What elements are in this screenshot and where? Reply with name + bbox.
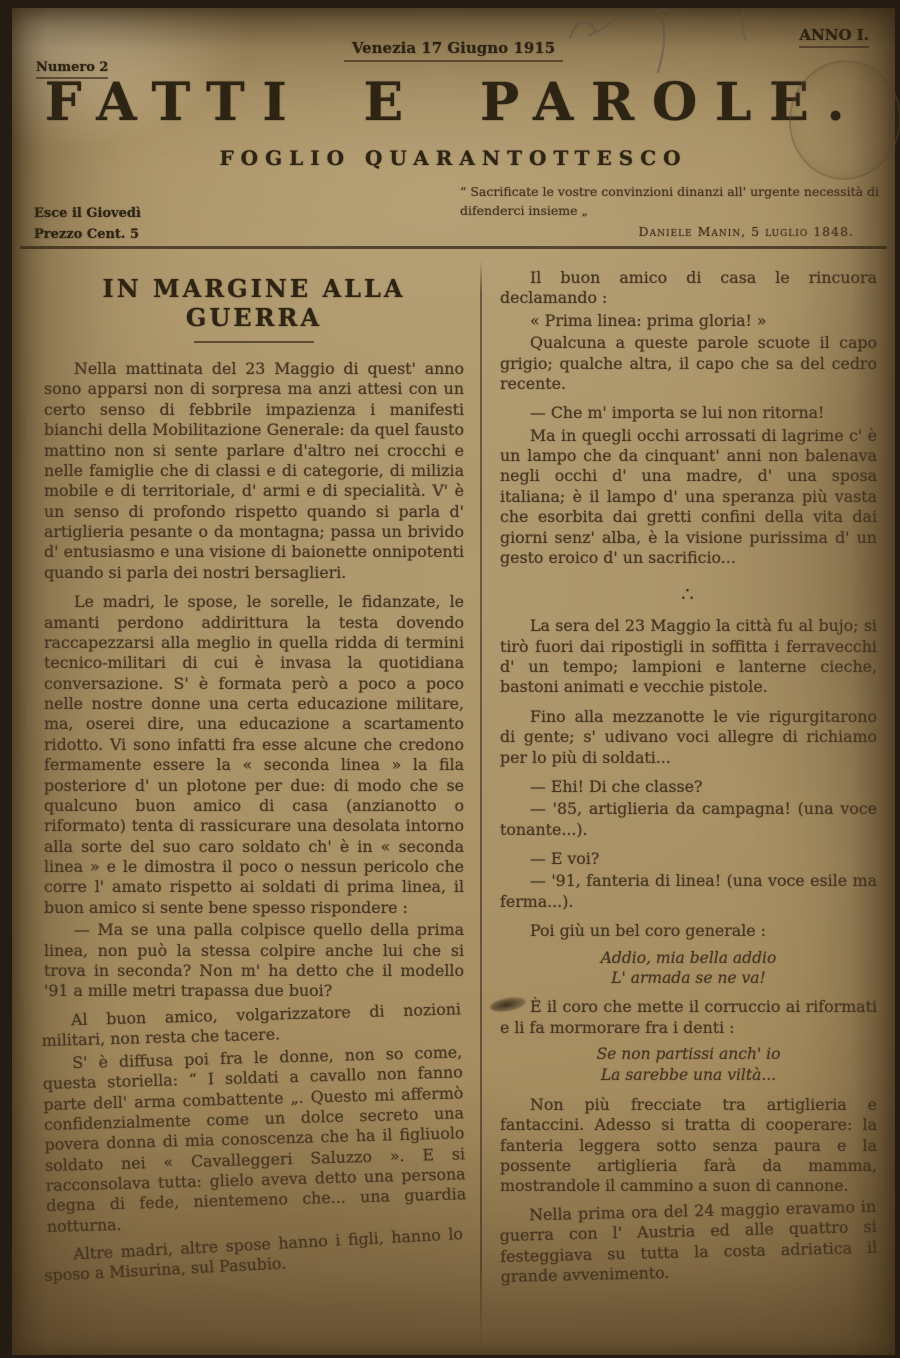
paragraph: Il buon amico di casa le rincuora declam… — [500, 268, 877, 309]
asterism-ornament: ∴ — [500, 582, 877, 606]
verse-line: Addio, mia bella addio — [500, 948, 877, 969]
paragraph-dialogue: — Ehi! Di che classe? — [500, 777, 877, 797]
paragraph: Nella mattinata del 23 Maggio di quest' … — [44, 359, 464, 583]
newspaper-page: Numero 2 Venezia 17 Giugno 1915 ANNO I. … — [12, 8, 895, 1355]
left-column: IN MARGINE ALLA GUERRA Nella mattinata d… — [30, 254, 480, 1351]
paragraph: Fino alla mezzanotte le vie rigurgitaron… — [500, 707, 877, 768]
tilted-block: Al buon amico, volgarizzatore di nozioni… — [41, 999, 467, 1237]
heading-rule — [194, 341, 314, 343]
paragraph-dialogue: — '91, fanteria di linea! (una voce esil… — [500, 871, 877, 912]
masthead-title: FATTI E PAROLE. — [12, 72, 895, 133]
epigraph: “ Sacrificate le vostre convinzioni dina… — [460, 182, 888, 241]
schedule-line: Esce il Giovedì — [34, 204, 141, 225]
article-heading: IN MARGINE ALLA GUERRA — [44, 274, 464, 332]
header-rule — [20, 246, 887, 249]
dateline: Venezia 17 Giugno 1915 — [344, 39, 563, 62]
verse-line: Se non partissi anch' io — [500, 1044, 877, 1065]
right-column: Il buon amico di casa le rincuora declam… — [482, 254, 889, 1351]
year-label: ANNO I. — [799, 26, 869, 48]
paragraph: S' è diffusa poi fra le donne, non so co… — [42, 1042, 467, 1237]
paragraph: Poi giù un bel coro generale : — [500, 921, 877, 941]
dateline-wrap: Venezia 17 Giugno 1915 — [12, 38, 895, 62]
song-verse: Se non partissi anch' io La sarebbe una … — [500, 1044, 877, 1086]
paragraph: Non più frecciate tra artiglieria e fant… — [500, 1095, 877, 1197]
paragraph-dialogue: — '85, artiglieria da campagna! (una voc… — [500, 799, 877, 840]
paragraph-dialogue: — E voi? — [500, 849, 877, 869]
epigraph-text: “ Sacrificate le vostre convinzioni dina… — [460, 182, 888, 221]
paragraph: È il coro che mette il corruccio ai rifo… — [500, 997, 877, 1038]
schedule-block: Esce il Giovedì Prezzo Cent. 5 — [34, 204, 141, 246]
paragraph: Ma in quegli occhi arrossati di lagrime … — [500, 426, 877, 569]
paragraph: La sera del 23 Maggio la città fu al buj… — [500, 616, 877, 698]
newspaper-photo: Numero 2 Venezia 17 Giugno 1915 ANNO I. … — [0, 0, 900, 1358]
paragraph-quote: « Prima linea: prima gloria! » — [500, 311, 877, 331]
song-verse: Addio, mia bella addio L' armada se ne v… — [500, 948, 877, 990]
verse-line: L' armada se ne va! — [500, 968, 877, 989]
paragraph: Qualcuna a queste parole scuote il capo … — [500, 333, 877, 394]
verse-line: La sarebbe una viltà... — [500, 1065, 877, 1086]
paragraph-dialogue: — Che m' importa se lui non ritorna! — [500, 403, 877, 423]
article-columns: IN MARGINE ALLA GUERRA Nella mattinata d… — [30, 254, 889, 1351]
epigraph-attribution: Daniele Manin, 5 luglio 1848. — [460, 222, 888, 241]
price-line: Prezzo Cent. 5 — [34, 225, 141, 246]
masthead-subtitle: FOGLIO QUARANTOTTESCO — [12, 146, 895, 170]
paragraph: Nella prima ora del 24 maggio eravamo in… — [499, 1197, 878, 1288]
paragraph-dialogue: — Ma se una palla colpisce quello della … — [44, 920, 464, 1002]
paragraph: Le madri, le spose, le sorelle, le fidan… — [44, 592, 464, 918]
